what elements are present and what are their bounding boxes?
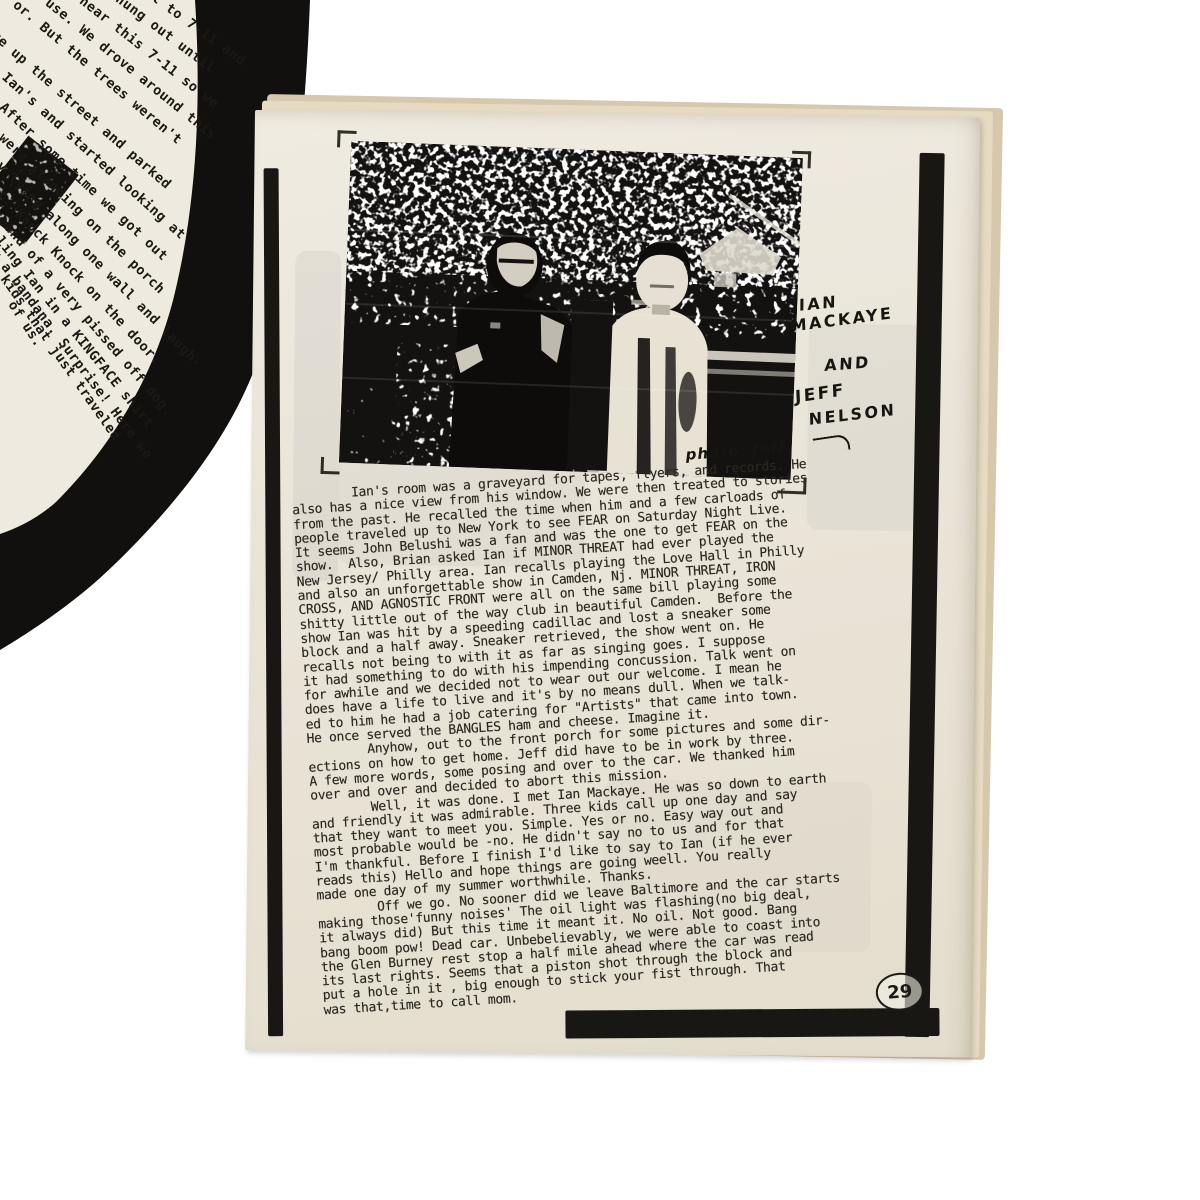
- left-border-bar: [264, 168, 284, 1036]
- band-photo: [339, 141, 803, 480]
- zine-photo: t to 7-11 and hung out until near this 7…: [0, 0, 1200, 1200]
- right-border-bar: [904, 153, 944, 1037]
- crop-mark-icon: [337, 130, 357, 148]
- crop-mark-icon: [792, 151, 812, 169]
- bottom-border-bar: [565, 1008, 939, 1039]
- zine-page: IAN MACKAYE AND JEFF NELSON photo: Jeff …: [245, 110, 980, 1058]
- article-body: Ian's room was a graveyard for tapes, fl…: [291, 458, 847, 1019]
- crop-mark-icon: [320, 457, 340, 475]
- band-photo-image: [339, 141, 803, 480]
- annotation-line: AND: [824, 352, 871, 375]
